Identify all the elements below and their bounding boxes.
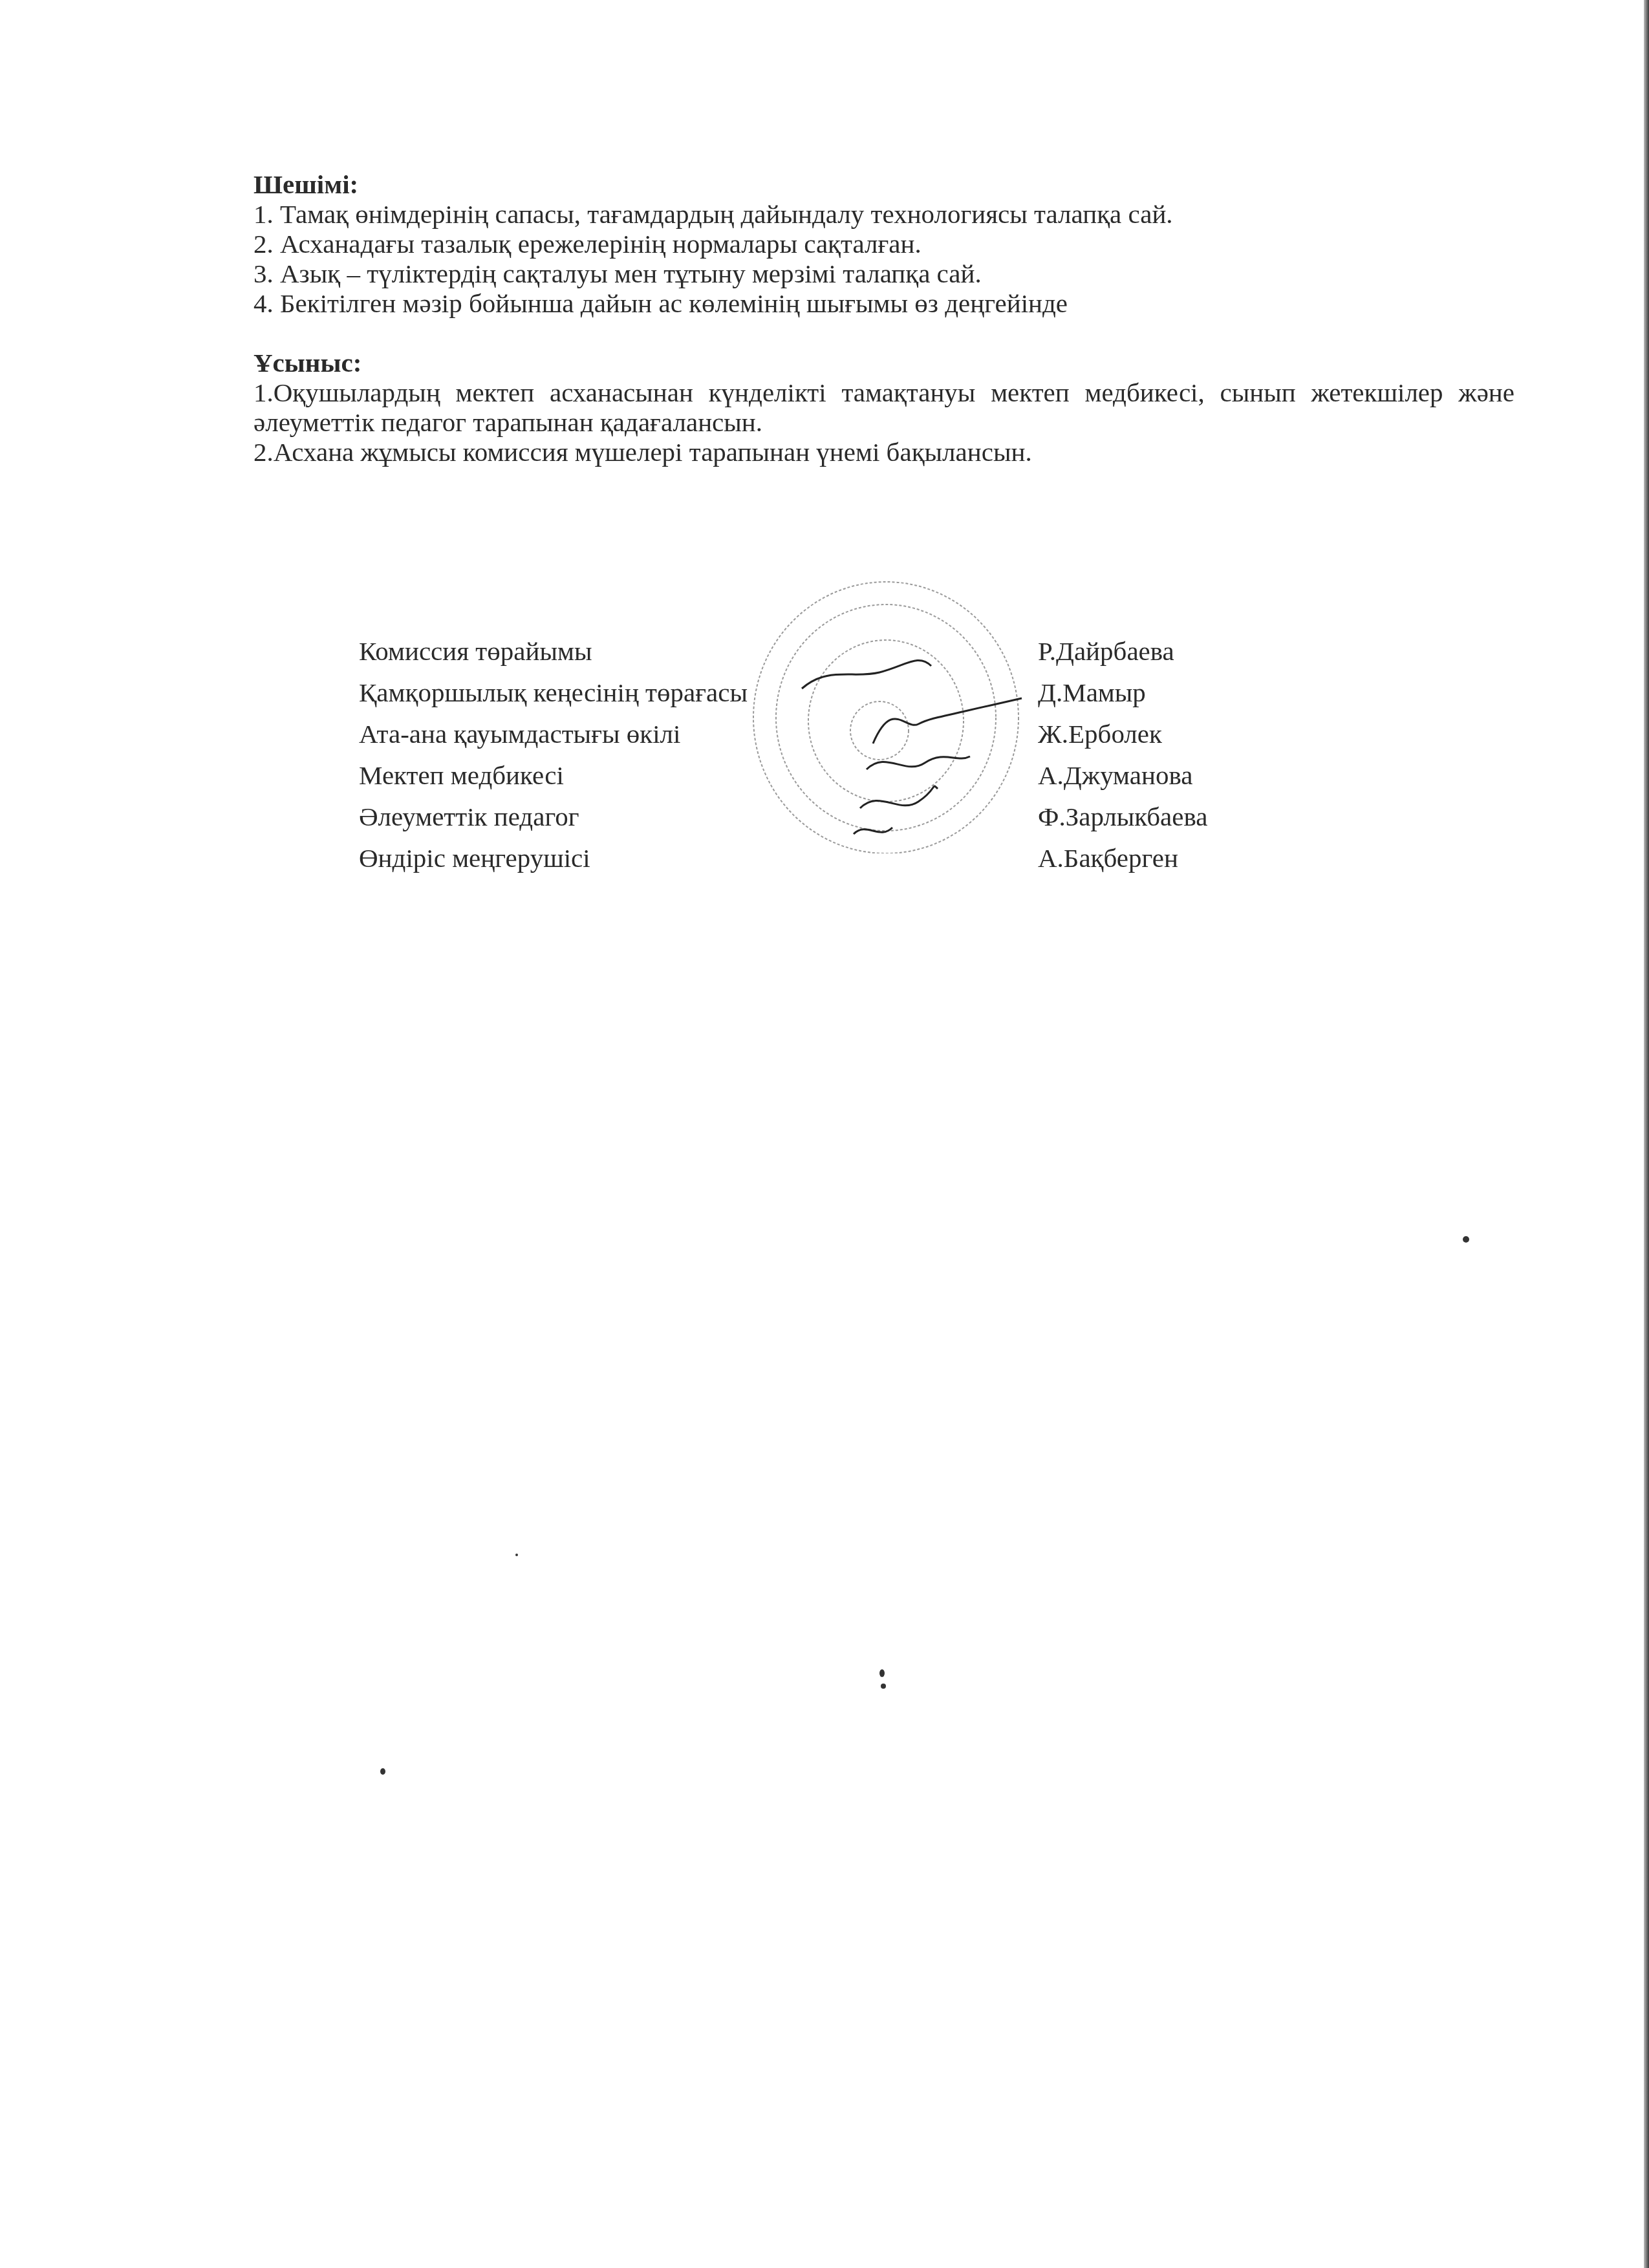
signature-role: Өндіріс меңгерушісі bbox=[359, 843, 590, 873]
signature-row: Қамқоршылық кеңесінің төрағасы Д.Мамыр bbox=[359, 678, 1297, 719]
scan-speck bbox=[1463, 1236, 1469, 1243]
proposal-heading: Ұсыныс: bbox=[253, 348, 1514, 378]
signature-row: Комиссия төрайымы Р.Дайрбаева bbox=[359, 636, 1297, 678]
decision-item: 1. Тамақ өнімдерінің сапасы, тағамдардың… bbox=[253, 199, 1514, 229]
decision-item: 3. Азық – түліктердің сақталуы мен тұтын… bbox=[253, 259, 1514, 288]
signature-row: Әлеуметтік педагог Ф.Зарлыкбаева bbox=[359, 802, 1297, 843]
signature-role: Комиссия төрайымы bbox=[359, 636, 592, 666]
decision-heading: Шешімі: bbox=[253, 169, 1514, 199]
signature-row: Мектеп медбикесі А.Джуманова bbox=[359, 760, 1297, 802]
signature-row: Ата-ана қауымдастығы өкілі Ж.Ерболек bbox=[359, 719, 1297, 760]
signature-name: Д.Мамыр bbox=[1038, 678, 1146, 707]
scan-speck bbox=[380, 1768, 385, 1775]
signature-role: Қамқоршылық кеңесінің төрағасы bbox=[359, 678, 748, 707]
signature-name: А.Джуманова bbox=[1038, 760, 1192, 790]
document-body: Шешімі: 1. Тамақ өнімдерінің сапасы, тағ… bbox=[253, 169, 1514, 467]
decision-item: 4. Бекітілген мәзір бойынша дайын ас көл… bbox=[253, 288, 1514, 318]
decision-item: 2. Асханадағы тазалық ережелерінің норма… bbox=[253, 229, 1514, 259]
scan-speck bbox=[515, 1554, 518, 1556]
signature-table: Комиссия төрайымы Р.Дайрбаева Қамқоршылы… bbox=[359, 636, 1297, 884]
scan-speck bbox=[879, 1669, 885, 1677]
scan-speck bbox=[881, 1684, 886, 1689]
signature-name: Р.Дайрбаева bbox=[1038, 636, 1174, 666]
signature-role: Ата-ана қауымдастығы өкілі bbox=[359, 719, 680, 749]
signature-role: Әлеуметтік педагог bbox=[359, 802, 579, 831]
signature-role: Мектеп медбикесі bbox=[359, 760, 564, 790]
signature-name: Ж.Ерболек bbox=[1038, 719, 1162, 749]
scan-edge-shadow bbox=[1644, 0, 1649, 2268]
signature-name: Ф.Зарлыкбаева bbox=[1038, 802, 1208, 831]
proposal-item: 1.Оқушылардың мектеп асханасынан күнделі… bbox=[253, 378, 1514, 437]
proposal-item: 2.Асхана жұмысы комиссия мүшелері тарапы… bbox=[253, 437, 1514, 467]
signature-row: Өндіріс меңгерушісі А.Бақберген bbox=[359, 843, 1297, 884]
signature-name: А.Бақберген bbox=[1038, 843, 1178, 873]
